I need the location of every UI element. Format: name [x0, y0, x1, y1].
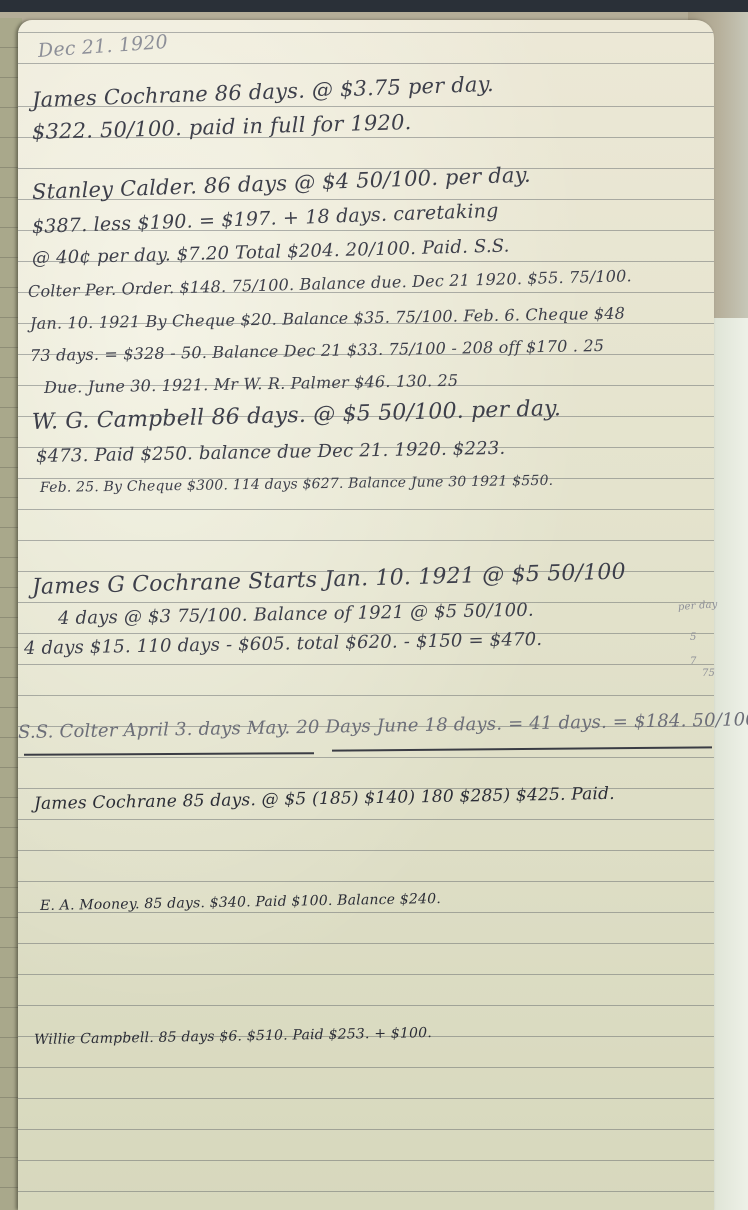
margin-mark: 5 — [690, 632, 697, 643]
ledger-page: Dec 21. 1920 James Cochrane 86 days. @ $… — [18, 20, 714, 1210]
margin-mark: 75 — [702, 668, 715, 679]
underlying-sheet — [712, 318, 748, 1210]
margin-mark: 7 — [690, 656, 697, 667]
photo-top-edge — [0, 0, 748, 12]
